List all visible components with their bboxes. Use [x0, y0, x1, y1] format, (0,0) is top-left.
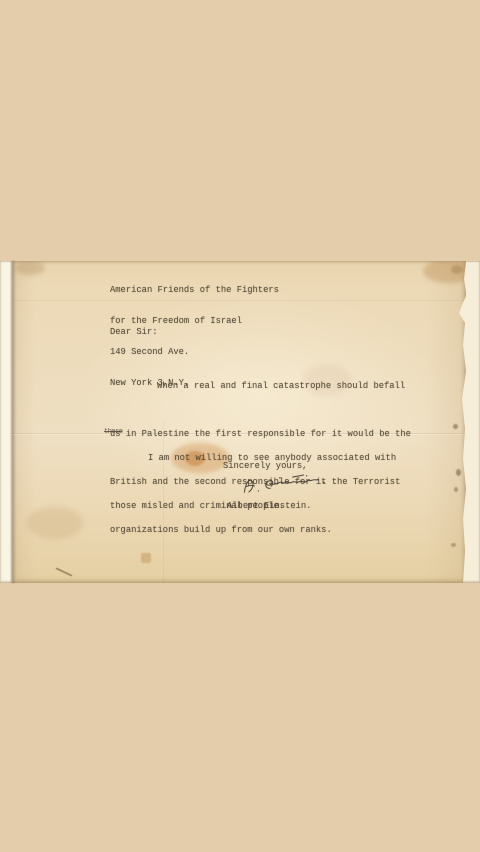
paper-speck-right-3: [454, 487, 458, 492]
paper-stain-top-right-core: [451, 265, 463, 274]
paper-speck-right-2: [456, 469, 461, 476]
letter-paper: American Friends of the Fighters for the…: [13, 261, 466, 583]
page-background: American Friends of the Fighters for the…: [0, 0, 480, 852]
signature-handwriting: A. Einstein.: [238, 469, 331, 500]
paper-stain-top-right: [423, 259, 475, 283]
paper-stain-left-lower: [27, 507, 83, 539]
address-line-1: American Friends of the Fighters: [110, 285, 279, 295]
paper-speck-right-4: [451, 543, 456, 547]
paper-speck-right-1: [453, 424, 458, 429]
paper-stain-top-left: [15, 261, 45, 275]
body-line: When a real and final catastrophe should…: [157, 378, 411, 394]
letter-photo: American Friends of the Fighters for the…: [0, 261, 480, 583]
typed-signature: Albert Einstein.: [227, 501, 311, 511]
address-line-2: for the Freedom of Israel: [110, 316, 279, 326]
paper-mark-diagonal: [55, 567, 72, 576]
salutation: Dear Sir:: [110, 327, 158, 337]
